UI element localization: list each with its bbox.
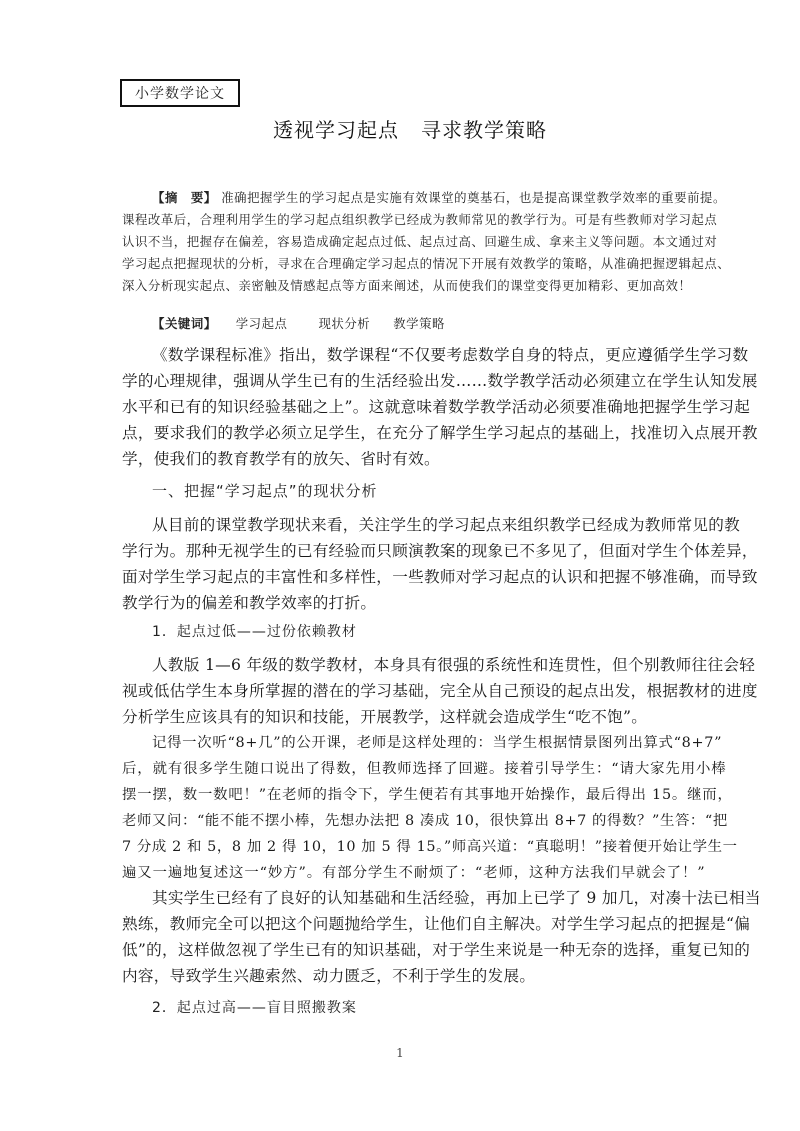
abstract-line: 学习起点把握现状的分析，寻求在合理确定学习起点的情况下开展有效教学的策略，从准确… bbox=[122, 254, 682, 272]
paragraph-line: 老师又问：“能不能不摆小棒，先想办法把 8 凑成 10，很快算出 8+7 的得数… bbox=[122, 809, 682, 830]
paragraph-line: 学，使我们的教育教学有的放矢、省时有效。 bbox=[122, 447, 682, 469]
page-number: 1 bbox=[0, 1046, 800, 1060]
document-page: 小学数学论文 透视学习起点寻求教学策略 【摘 要】 准确把握学生的学习起点是实施… bbox=[0, 0, 800, 1131]
paragraph-line: 记得一次听“8+几”的公开课，老师是这样处理的：当学生根据情景图列出算式“8+7… bbox=[122, 731, 682, 752]
paragraph-line: 水平和已有的知识经验基础之上”。这就意味着数学教学活动必须要准确地把握学生学习起 bbox=[122, 395, 682, 417]
abstract-label: 【摘 要】 bbox=[152, 190, 217, 205]
keyword: 学习起点 bbox=[236, 316, 288, 331]
paragraph-line: 7 分成 2 和 5，8 加 2 得 10，10 加 5 得 15。”师高兴道：… bbox=[122, 835, 682, 856]
paper-title: 透视学习起点寻求教学策略 bbox=[0, 114, 800, 143]
keyword: 现状分析 bbox=[318, 316, 370, 331]
keywords-line: 【关键词】 学习起点 现状分析 教学策略 bbox=[122, 314, 682, 332]
paragraph-line: 遍又一遍地复述这一“妙方”。有部分学生不耐烦了：“老师，这种方法我们早就会了！” bbox=[122, 861, 682, 882]
paragraph-line: 面对学生学习起点的丰富性和多样性，一些教师对学习起点的认识和把握不够准确，而导致 bbox=[122, 565, 682, 587]
paragraph-line: 摆一摆，数一数吧！”在老师的指令下，学生便若有其事地开始操作，最后得出 15。继… bbox=[122, 783, 682, 804]
abstract-line: 深入分析现实起点、亲密触及情感起点等方面来阐述，从而使我们的课堂变得更加精彩、更… bbox=[122, 276, 682, 294]
paragraph-line: 《数学课程标准》指出，数学课程“不仅要考虑数学自身的特点，更应遵循学生学习数 bbox=[122, 343, 682, 365]
abstract-line: 认识不当，把握存在偏差，容易造成确定起点过低、起点过高、回避生成、拿来主义等问题… bbox=[122, 232, 682, 250]
paragraph-line: 分析学生应该具有的知识和技能，开展教学，这样就会造成学生“吃不饱”。 bbox=[122, 705, 682, 727]
keywords-label: 【关键词】 bbox=[152, 316, 217, 331]
title-part-2: 寻求教学策略 bbox=[421, 118, 547, 142]
category-tag: 小学数学论文 bbox=[120, 79, 240, 107]
subsection-heading: 2．起点过高——盲目照搬教案 bbox=[122, 997, 682, 1017]
paragraph-line: 人教版 1—6 年级的数学教材，本身具有很强的系统性和连贯性，但个别教师往往会轻 bbox=[122, 653, 682, 675]
paragraph-line: 点，要求我们的教学必须立足学生，在充分了解学生学习起点的基础上，找准切入点展开教 bbox=[122, 421, 682, 443]
paragraph-line: 其实学生已经有了良好的认知基础和生活经验，再加上已学了 9 加几，对凑十法已相当 bbox=[122, 886, 682, 908]
paragraph-line: 学行为。那种无视学生的已有经验而只顾演教案的现象已不多见了，但面对学生个体差异， bbox=[122, 539, 682, 561]
paragraph-line: 视或低估学生本身所掌握的潜在的学习基础，完全从自己预设的起点出发，根据教材的进度 bbox=[122, 679, 682, 701]
paragraph-line: 内容，导致学生兴趣索然、动力匮乏，不利于学生的发展。 bbox=[122, 964, 682, 986]
paragraph-line: 教学行为的偏差和教学效率的打折。 bbox=[122, 591, 682, 613]
keyword: 教学策略 bbox=[393, 316, 445, 331]
paragraph-line: 从目前的课堂教学现状来看，关注学生的学习起点来组织教学已经成为教师常见的教 bbox=[122, 513, 682, 535]
subsection-heading: 1．起点过低——过份依赖教材 bbox=[122, 621, 682, 641]
paragraph-line: 熟练，教师完全可以把这个问题抛给学生，让他们自主解决。对学生学习起点的把握是“偏 bbox=[122, 912, 682, 934]
paragraph-line: 学的心理规律，强调从学生已有的生活经验出发……数学教学活动必须建立在学生认知发展 bbox=[122, 369, 682, 391]
title-part-1: 透视学习起点 bbox=[273, 118, 399, 142]
paragraph-line: 低”的，这样做忽视了学生已有的知识基础，对于学生来说是一种无奈的选择，重复已知的 bbox=[122, 938, 682, 960]
paragraph-line: 后，就有很多学生随口说出了得数，但教师选择了回避。接着引导学生：“请大家先用小棒 bbox=[122, 757, 682, 778]
abstract-line: 【摘 要】 准确把握学生的学习起点是实施有效课堂的奠基石，也是提高课堂教学效率的… bbox=[122, 188, 682, 206]
abstract-line: 课程改革后，合理利用学生的学习起点组织教学已经成为教师常见的教学行为。可是有些教… bbox=[122, 210, 682, 228]
section-heading: 一、把握“学习起点”的现状分析 bbox=[122, 480, 682, 501]
